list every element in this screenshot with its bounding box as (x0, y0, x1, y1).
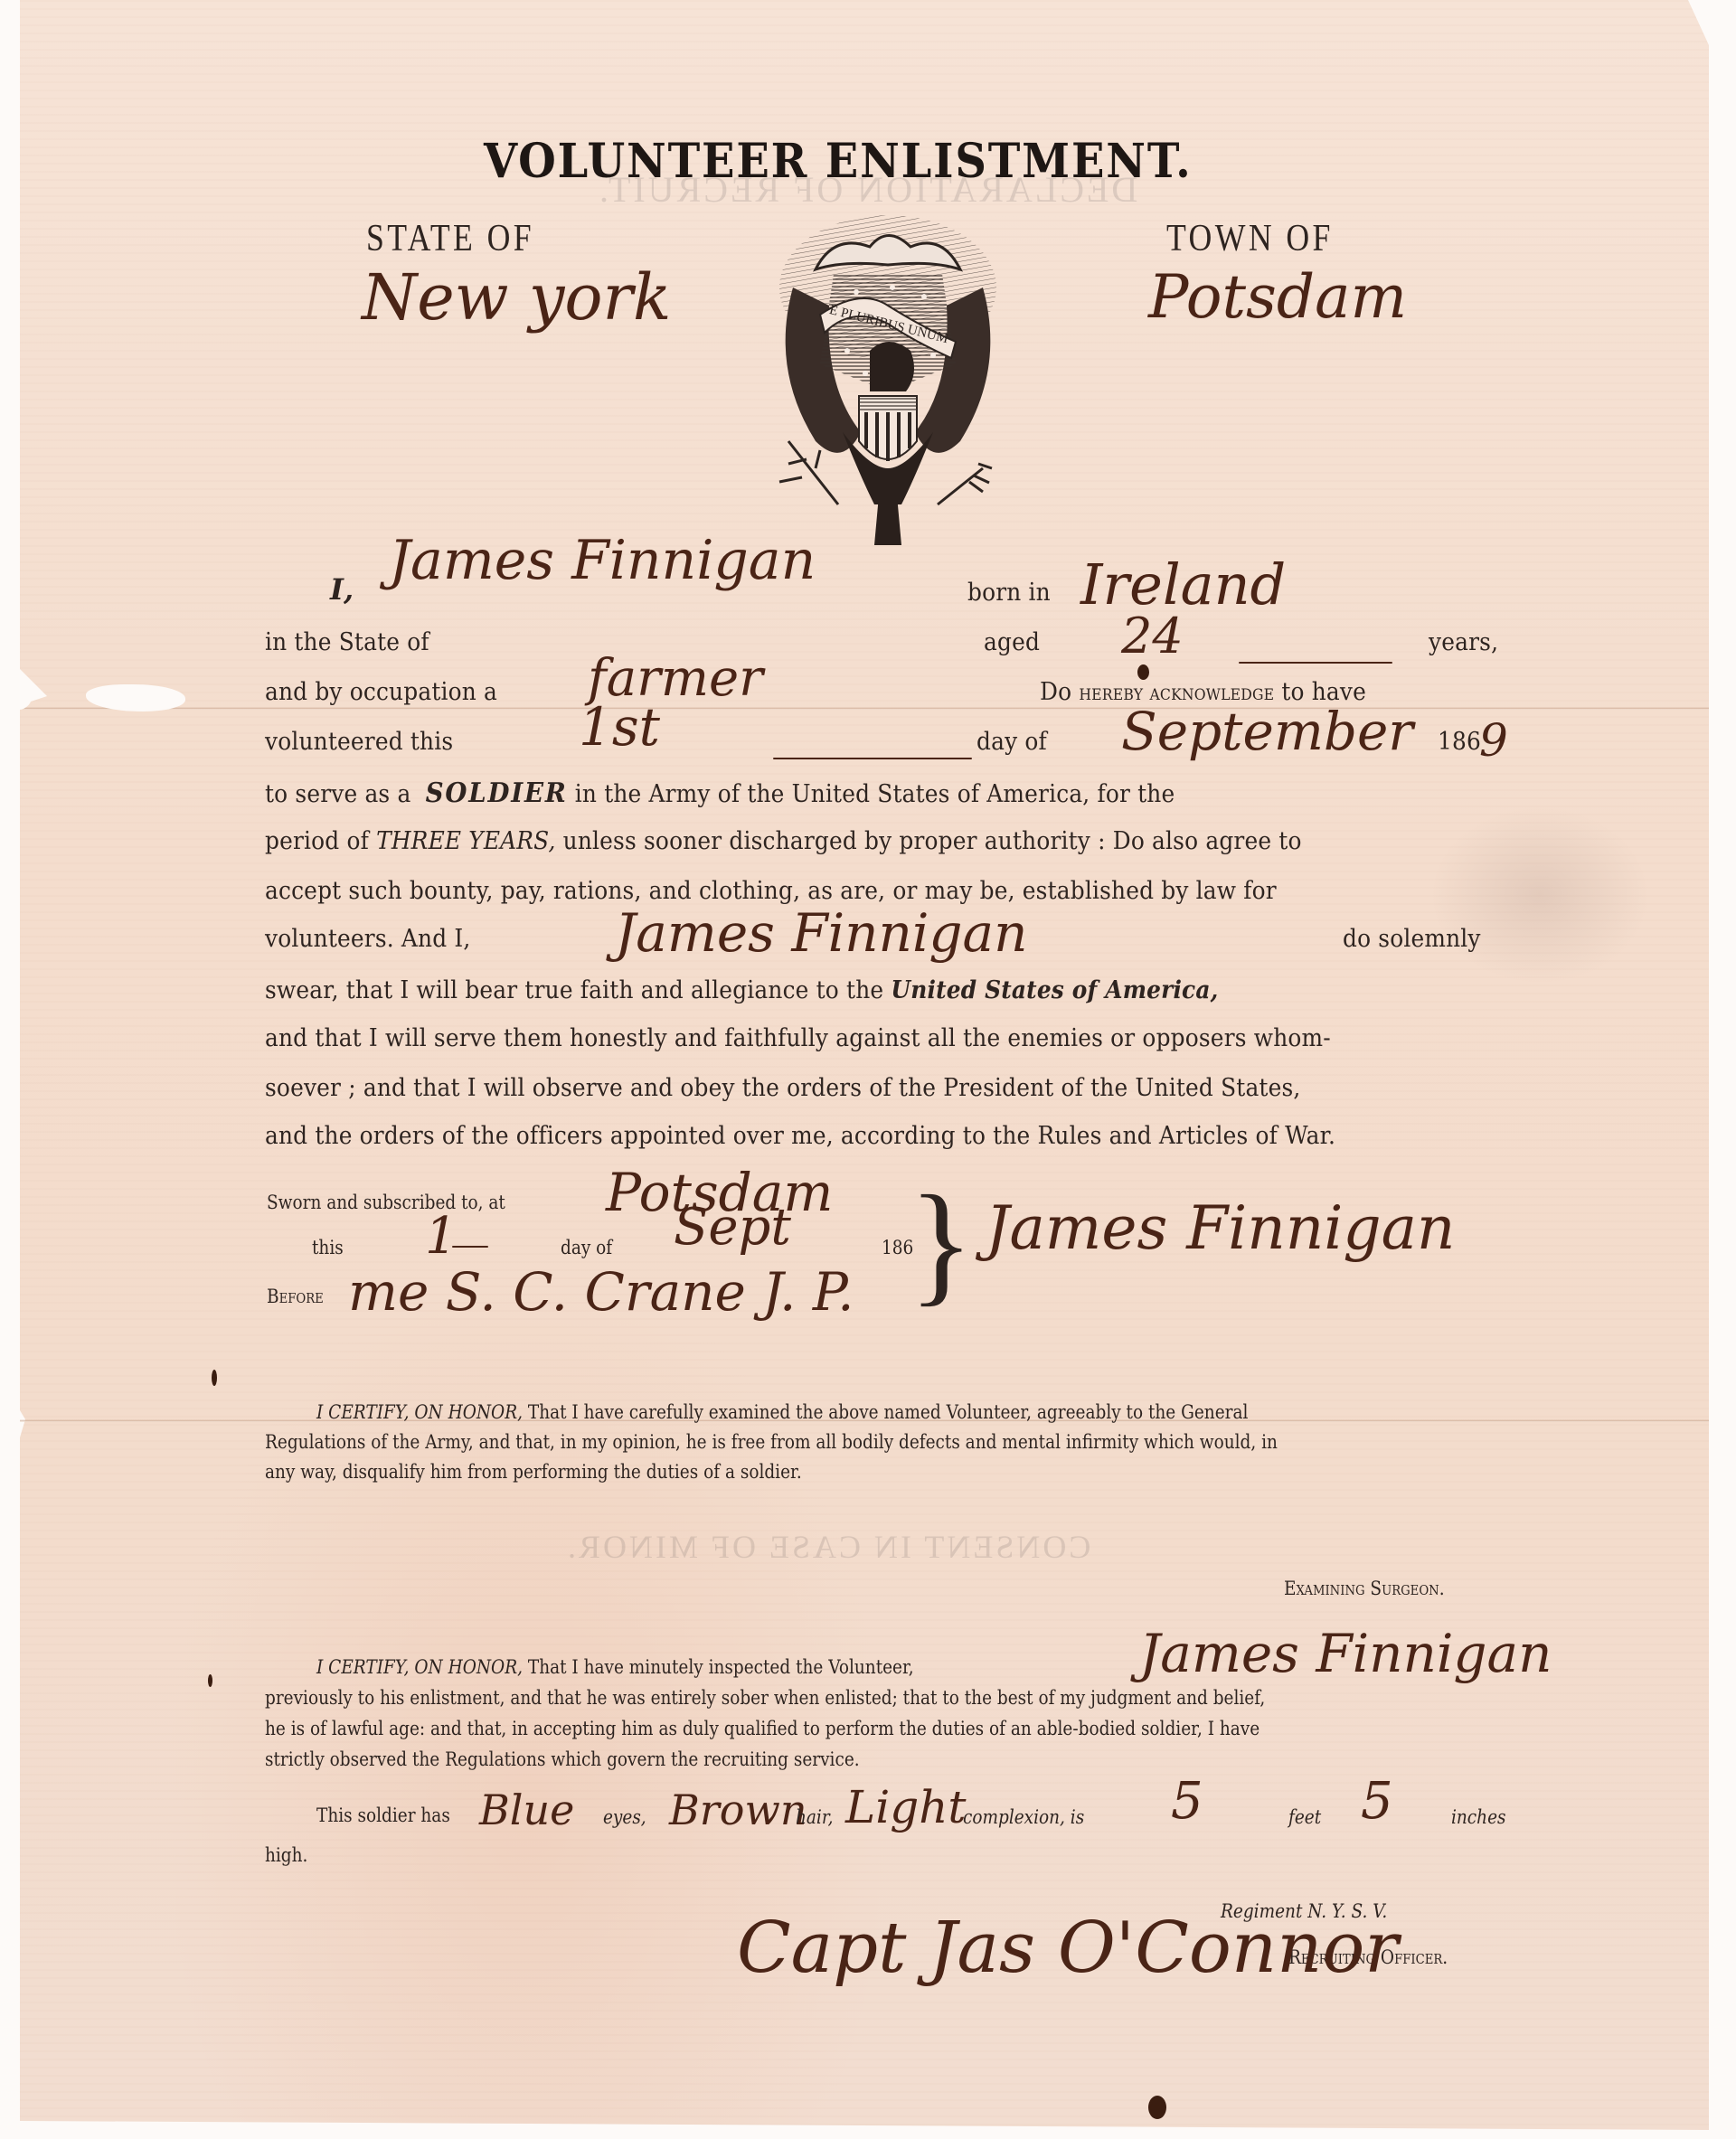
examining-surgeon-label: Examining Surgeon. (1284, 1578, 1445, 1599)
accept-line: accept such bounty, pay, rations, and cl… (265, 877, 1277, 905)
ink-speck-left (212, 1370, 217, 1386)
paper-edge-tear (0, 674, 33, 710)
complexion-value: Light (845, 1781, 967, 1833)
volunteers-line-end: do solemnly (1343, 925, 1481, 953)
sworn-this-label: this (312, 1237, 344, 1258)
age-underline (1239, 662, 1392, 664)
before-label: Before (267, 1286, 324, 1307)
surgeon-cert-line1: I CERTIFY, ON HONOR, That I have careful… (316, 1401, 1248, 1423)
hair-label: hair, (796, 1806, 834, 1828)
volunteers-line-start: volunteers. And I, (265, 925, 470, 953)
enlistee-name: James Finnigan (389, 529, 816, 592)
town-value: Potsdam (1148, 262, 1407, 332)
soever-line: soever ; and that I will observe and obe… (265, 1074, 1301, 1102)
bleed-through-consent: CONSENT IN CASE OF MINOR. (565, 1528, 1090, 1566)
height-feet-value: 5 (1171, 1772, 1203, 1831)
ink-speck-left-lower (208, 1674, 212, 1687)
brace-bracket: } (909, 1175, 974, 1311)
occupation-label: and by occupation a (265, 678, 497, 706)
period-line: period of THREE YEARS, unless sooner dis… (265, 827, 1302, 855)
sworn-label: Sworn and subscribed to, at (267, 1192, 505, 1213)
serve-line: to serve as a SOLDIER in the Army of the… (265, 777, 1175, 809)
day-underline (773, 758, 972, 759)
high-label: high. (265, 1844, 307, 1866)
surgeon-cert-line2: Regulations of the Army, and that, in my… (265, 1431, 1278, 1453)
complexion-label: complexion, is (963, 1806, 1084, 1828)
surgeon-cert-line3: any way, disqualify him from performing … (265, 1461, 802, 1483)
inches-label: inches (1451, 1806, 1505, 1828)
recruiting-officer-signature: Capt Jas O'Connor (737, 1908, 1399, 1989)
enlistee-signature: James Finnigan (986, 1193, 1455, 1263)
day-of-label: day of (976, 728, 1047, 756)
before-value: me S. C. Crane J. P. (348, 1261, 854, 1323)
sworn-day-of-label: day of (561, 1237, 612, 1258)
state-of-label: in the State of (265, 628, 429, 656)
pronoun-i: I, (330, 572, 354, 607)
enlistment-month-value: September (1121, 701, 1413, 762)
feet-label: feet (1288, 1806, 1321, 1828)
state-label: STATE OF (366, 217, 534, 260)
recruiter-cert-line4: strictly observed the Regulations which … (265, 1748, 860, 1770)
year-suffix-value: 9 (1479, 714, 1508, 767)
fold-crease-upper (20, 707, 1709, 710)
soldier-has-label: This soldier has (316, 1804, 450, 1826)
recruiter-cert-line3: he is of lawful age: and that, in accept… (265, 1718, 1260, 1739)
recruiter-cert-line2: previously to his enlistment, and that h… (265, 1687, 1265, 1709)
inspected-volunteer-name: James Finnigan (1139, 1623, 1552, 1684)
years-label: years, (1429, 628, 1498, 656)
recruiter-cert-line1: I CERTIFY, ON HONOR, That I have minutel… (316, 1656, 914, 1678)
sworn-day-value: 1 (425, 1207, 458, 1266)
ink-blot-bottom (1148, 2096, 1166, 2119)
age-value: 24 (1121, 608, 1184, 664)
serve-honestly-line: and that I will serve them honestly and … (265, 1024, 1331, 1052)
document-title: VOLUNTEER ENLISTMENT. (484, 134, 1193, 189)
town-label: TOWN OF (1166, 217, 1334, 260)
orders-line: and the orders of the officers appointed… (265, 1122, 1335, 1150)
eye-color-value: Blue (479, 1786, 574, 1834)
oath-name-value: James Finnigan (615, 902, 1027, 964)
hair-color-value: Brown (669, 1786, 807, 1834)
volunteered-label: volunteered this (265, 728, 453, 756)
eagle-seal-icon: E PLURIBUS UNUM (752, 206, 1024, 550)
eyes-label: eyes, (603, 1806, 646, 1828)
sworn-day-underline (452, 1246, 488, 1248)
height-inches-value: 5 (1361, 1772, 1393, 1831)
sworn-month-value: Sept (674, 1198, 791, 1257)
state-value: New york (362, 260, 671, 335)
year-prefix: 186 (1438, 728, 1481, 756)
born-in-label: born in (967, 579, 1051, 607)
swear-line: swear, that I will bear true faith and a… (265, 976, 1218, 1004)
enlistment-day-value: 1st (579, 696, 660, 758)
aged-label: aged (984, 628, 1040, 656)
